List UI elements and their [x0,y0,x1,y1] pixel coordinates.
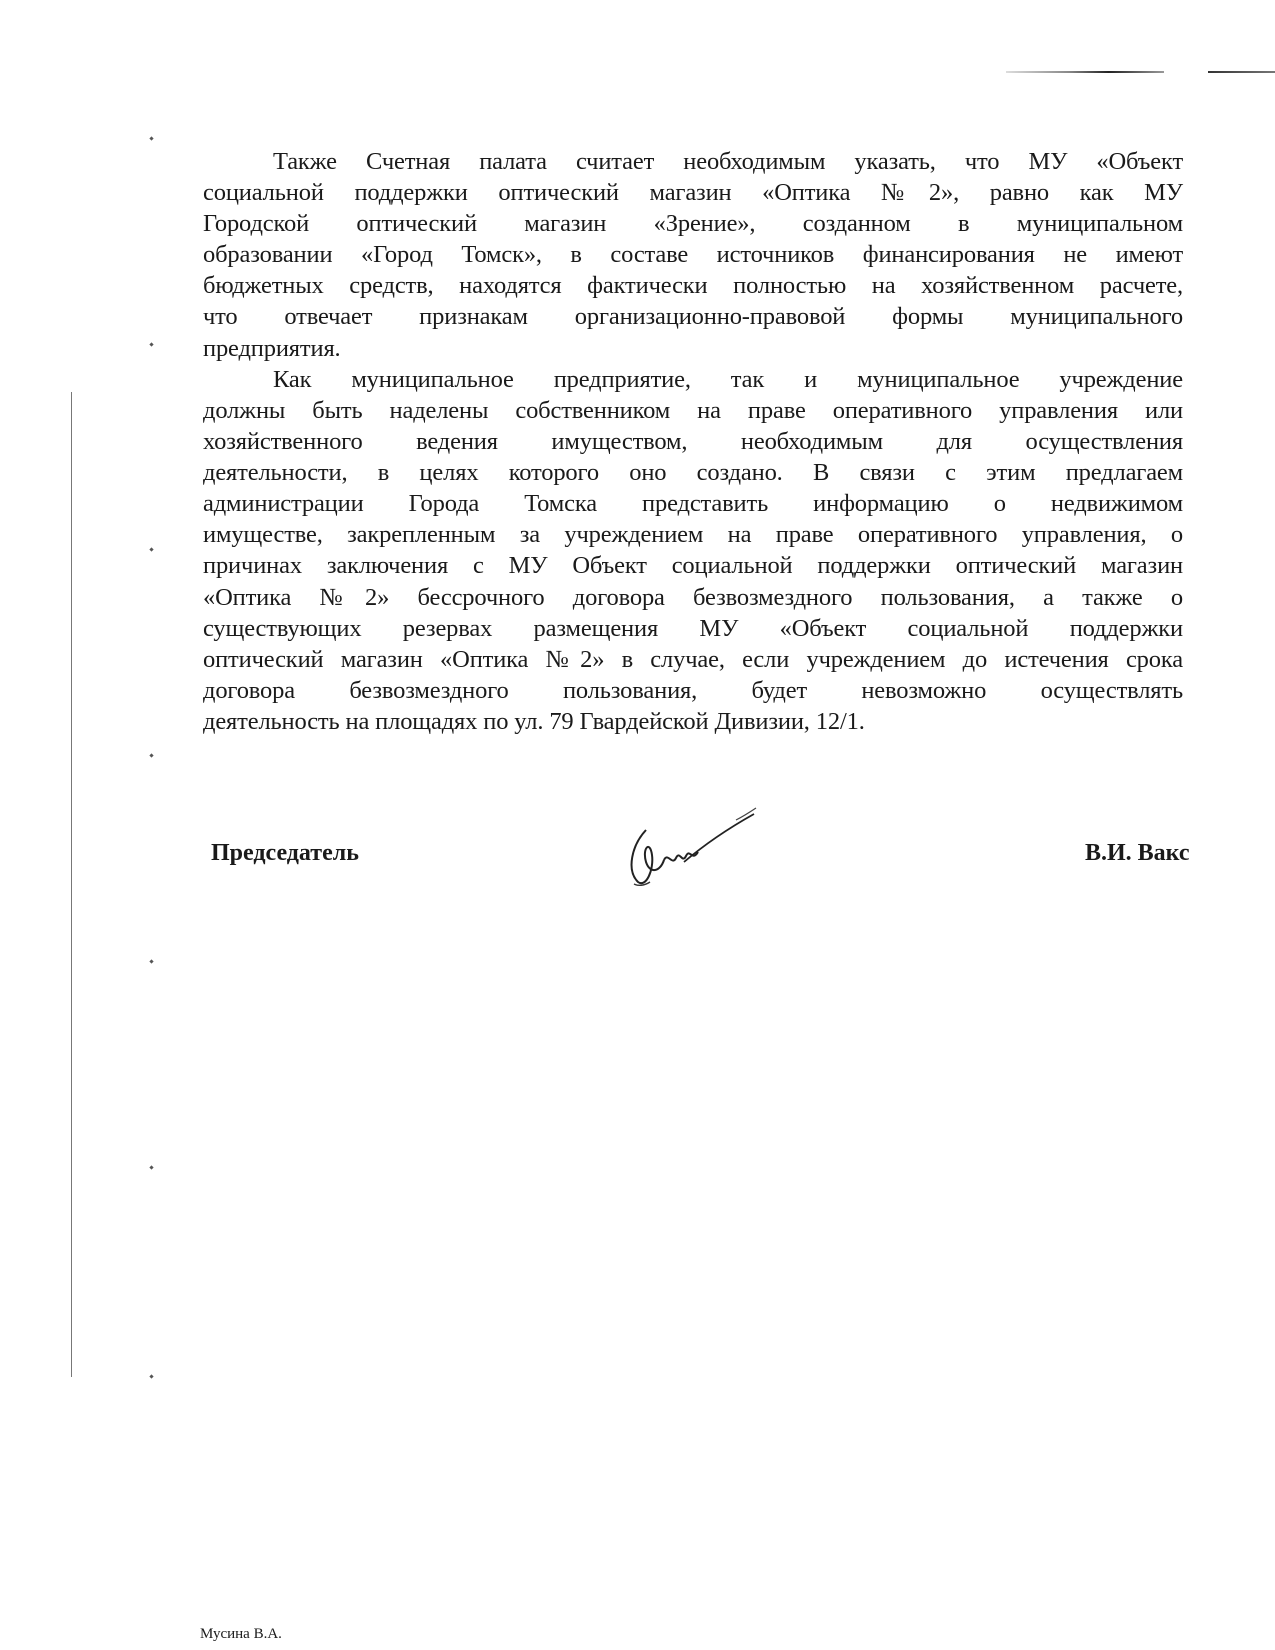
signatory-position: Председатель [211,840,359,867]
paragraph-line: что отвечает признакам организационно-пр… [203,301,1183,333]
scan-margin-line [71,392,72,1377]
paragraph-line: администрации Города Томска представить … [203,488,1183,520]
hole-punch-mark-icon [149,547,153,551]
paragraph-line: деятельность на площадях по ул. 79 Гвард… [203,706,1183,738]
paragraph-line: социальной поддержки оптический магазин … [203,177,1183,209]
paragraph-line: Также Счетная палата считает необходимым… [273,146,1183,178]
hole-punch-mark-icon [149,753,153,757]
hole-punch-mark-icon [149,1374,153,1378]
hole-punch-mark-icon [149,342,153,346]
paragraph-line: хозяйственного ведения имуществом, необх… [203,426,1183,458]
handwritten-signature-icon [624,800,804,895]
hole-punch-mark-icon [149,1165,153,1169]
paragraph-line: Городской оптический магазин «Зрение», с… [203,208,1183,240]
paragraph-line: деятельности, в целях которого оно созда… [203,457,1183,489]
paragraph-line: Как муниципальное предприятие, так и мун… [273,364,1183,396]
hole-punch-mark-icon [149,136,153,140]
paragraph-line: существующих резервах размещения МУ «Объ… [203,613,1183,645]
paragraph-line: образовании «Город Томск», в составе ист… [203,239,1183,271]
signatory-name: В.И. Вакс [1085,840,1190,867]
paragraph-line: причинах заключения с МУ Объект социальн… [203,550,1183,582]
header-rule-right [1208,71,1275,73]
executor-name: Мусина В.А. [200,1626,282,1643]
paragraph-line: бюджетных средств, находятся фактически … [203,270,1183,302]
paragraph-line: оптический магазин «Оптика №2» в случае,… [203,644,1183,676]
paragraph-line: должны быть наделены собственником на пр… [203,395,1183,427]
paragraph-line: договора безвозмездного пользования, буд… [203,675,1183,707]
paragraph-line: «Оптика №2» бессрочного договора безвозм… [203,582,1183,614]
paragraph-line: предприятия. [203,333,1183,365]
paragraph-line: имуществе, закрепленным за учреждением н… [203,519,1183,551]
document-page: Также Счетная палата считает необходимым… [0,0,1275,1650]
hole-punch-mark-icon [149,959,153,963]
header-rule [1006,71,1164,73]
